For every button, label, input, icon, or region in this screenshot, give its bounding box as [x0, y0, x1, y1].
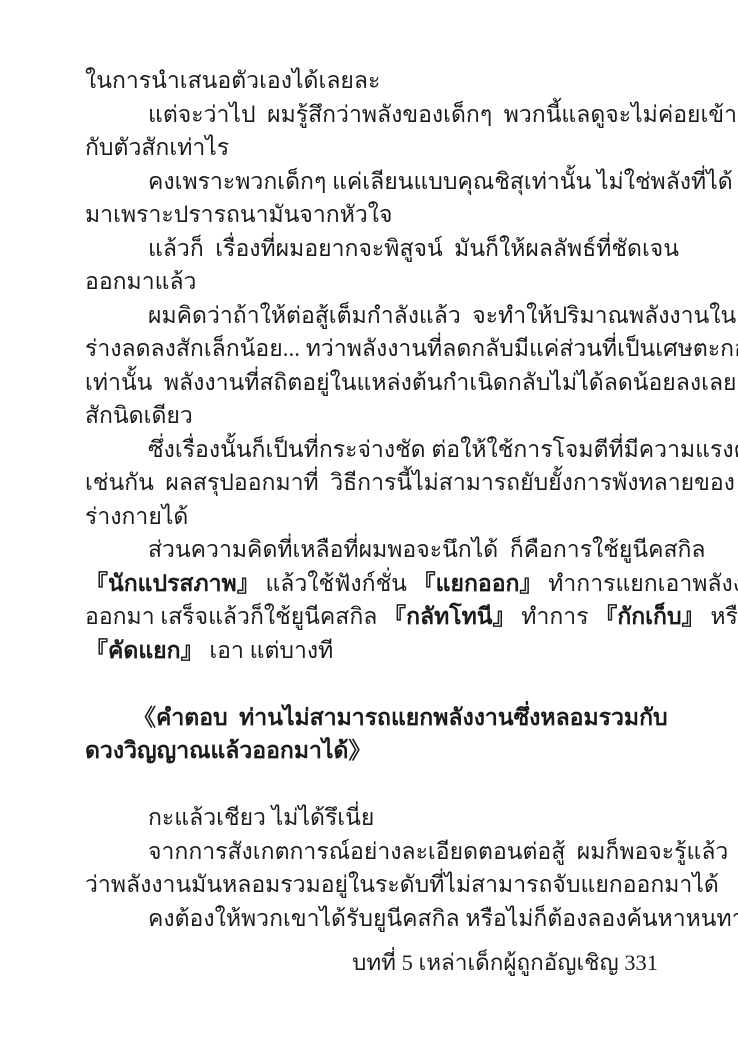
page-number: 331 — [624, 950, 658, 975]
paragraph: คงต้องให้พวกเขาได้รับยูนีคสกิล หรือไม่ก็… — [85, 902, 659, 936]
text-segment: เอา แต่บางที — [204, 638, 334, 663]
paragraph: กะแล้วเชียว ไม่ได้รึเนี่ย — [85, 801, 659, 835]
text-line: เช่นกัน ผลสรุปออกมาที่ วิธีการนี้ไม่สามา… — [85, 466, 659, 500]
page-body: ในการนำเสนอตัวเองได้เลยละแต่จะว่าไป ผมรู… — [85, 64, 659, 935]
text-segment: ดวงวิญญาณแล้วออกมาได้》 — [85, 738, 371, 763]
text-line: ผมคิดว่าถ้าให้ต่อสู้เต็มกำลังแล้ว จะทำให… — [85, 299, 659, 333]
text-line: ร่างกายได้ — [85, 500, 659, 534]
text-segment: แต่จะว่าไป ผมรู้สึกว่าพลังของเด็กๆ พวกนี… — [148, 102, 737, 127]
text-line: สักนิดเดียว — [85, 399, 659, 433]
text-line: คงเพราะพวกเด็กๆ แค่เลียนแบบคุณชิสุเท่านั… — [85, 165, 659, 199]
text-segment: ออกมา เสร็จแล้วก็ใช้ยูนีคสกิล — [85, 604, 383, 629]
text-segment: ว่าพลังงานมันหลอมรวมอยู่ในระดับที่ไม่สาม… — [85, 872, 719, 897]
text-segment: เช่นกัน ผลสรุปออกมาที่ วิธีการนี้ไม่สามา… — [85, 470, 735, 495]
text-line: ว่าพลังงานมันหลอมรวมอยู่ในระดับที่ไม่สาม… — [85, 868, 659, 902]
text-line: จากการสังเกตการณ์อย่างละเอียดตอนต่อสู้ ผ… — [85, 835, 659, 869]
text-segment: ผมคิดว่าถ้าให้ต่อสู้เต็มกำลังแล้ว จะทำให… — [148, 303, 736, 328]
text-segment: ส่วนความคิดที่เหลือที่ผมพอจะนึกได้ ก็คือ… — [148, 537, 706, 562]
paragraph: ส่วนความคิดที่เหลือที่ผมพอจะนึกได้ ก็คือ… — [85, 533, 659, 667]
paragraph: แล้วก็ เรื่องที่ผมอยากจะพิสูจน์ มันก็ให้… — [85, 232, 659, 299]
text-segment: คงเพราะพวกเด็กๆ แค่เลียนแบบคุณชิสุเท่านั… — [148, 169, 733, 194]
text-line: กะแล้วเชียว ไม่ได้รึเนี่ย — [85, 801, 659, 835]
text-line: 《คำตอบ ท่านไม่สามารถแยกพลังงานซึ่งหลอมรว… — [85, 701, 659, 735]
paragraph: แต่จะว่าไป ผมรู้สึกว่าพลังของเด็กๆ พวกนี… — [85, 98, 659, 165]
skill-name-bold: 『กักเก็บ』 — [594, 604, 704, 629]
text-segment: สักนิดเดียว — [85, 403, 193, 428]
text-line: แต่จะว่าไป ผมรู้สึกว่าพลังของเด็กๆ พวกนี… — [85, 98, 659, 132]
text-line: กับตัวสักเท่าไร — [85, 131, 659, 165]
paragraph: จากการสังเกตการณ์อย่างละเอียดตอนต่อสู้ ผ… — [85, 835, 659, 902]
text-segment: ทำการแยกเอาพลังงาน — [542, 571, 738, 596]
text-segment: หรือไม่ก็ — [705, 604, 738, 629]
page-footer: บทที่ 5 เหล่าเด็กผู้ถูกอัญเชิญ 331 — [352, 946, 658, 980]
text-line: ออกมา เสร็จแล้วก็ใช้ยูนีคสกิล 『กลัทโทนี』… — [85, 600, 659, 634]
text-segment: ร่างลดลงสักเล็กน้อย... ทว่าพลังงานที่ลดก… — [85, 336, 738, 361]
text-line: มาเพราะปรารถนามันจากหัวใจ — [85, 198, 659, 232]
text-segment: ออกมาแล้ว — [85, 269, 196, 294]
text-segment: กับตัวสักเท่าไร — [85, 135, 229, 160]
text-segment: ร่างกายได้ — [85, 504, 188, 529]
text-segment: ซึ่งเรื่องนั้นก็เป็นที่กระจ่างชัด ต่อให้… — [148, 437, 738, 462]
text-segment: ทำการ — [516, 604, 595, 629]
text-line: 『คัดแยก』 เอา แต่บางที — [85, 634, 659, 668]
text-line: แล้วก็ เรื่องที่ผมอยากจะพิสูจน์ มันก็ให้… — [85, 232, 659, 266]
text-line: ดวงวิญญาณแล้วออกมาได้》 — [85, 734, 659, 768]
skill-name-bold: 『กลัทโทนี』 — [383, 604, 515, 629]
text-line: ในการนำเสนอตัวเองได้เลยละ — [85, 64, 659, 98]
paragraph: คงเพราะพวกเด็กๆ แค่เลียนแบบคุณชิสุเท่านั… — [85, 165, 659, 232]
skill-name-bold: 『นักแปรสภาพ』 — [85, 571, 260, 596]
system-answer-quote: 《คำตอบ ท่านไม่สามารถแยกพลังงานซึ่งหลอมรว… — [85, 701, 659, 768]
skill-name-bold: 『แยกออก』 — [413, 571, 543, 596]
paragraph: ในการนำเสนอตัวเองได้เลยละ — [85, 64, 659, 98]
text-segment: ในการนำเสนอตัวเองได้เลยละ — [85, 68, 380, 93]
book-page: ในการนำเสนอตัวเองได้เลยละแต่จะว่าไป ผมรู… — [0, 0, 738, 1051]
paragraph: ผมคิดว่าถ้าให้ต่อสู้เต็มกำลังแล้ว จะทำให… — [85, 299, 659, 433]
text-line: ออกมาแล้ว — [85, 265, 659, 299]
text-line: คงต้องให้พวกเขาได้รับยูนีคสกิล หรือไม่ก็… — [85, 902, 659, 936]
paragraph: ซึ่งเรื่องนั้นก็เป็นที่กระจ่างชัด ต่อให้… — [85, 433, 659, 534]
text-segment: แล้วใช้ฟังก์ชั่น — [260, 571, 413, 596]
text-segment: 《คำตอบ ท่านไม่สามารถแยกพลังงานซึ่งหลอมรว… — [133, 705, 668, 730]
text-segment: คงต้องให้พวกเขาได้รับยูนีคสกิล หรือไม่ก็… — [148, 906, 738, 931]
text-segment: มาเพราะปรารถนามันจากหัวใจ — [85, 202, 393, 227]
chapter-label: บทที่ 5 เหล่าเด็กผู้ถูกอัญเชิญ — [352, 950, 619, 975]
text-line: ส่วนความคิดที่เหลือที่ผมพอจะนึกได้ ก็คือ… — [85, 533, 659, 567]
text-line: เท่านั้น พลังงานที่สถิตอยู่ในแหล่งต้นกำเ… — [85, 366, 659, 400]
text-segment: เท่านั้น พลังงานที่สถิตอยู่ในแหล่งต้นกำเ… — [85, 370, 737, 395]
text-segment: จากการสังเกตการณ์อย่างละเอียดตอนต่อสู้ ผ… — [148, 839, 728, 864]
skill-name-bold: 『คัดแยก』 — [85, 638, 204, 663]
text-line: 『นักแปรสภาพ』 แล้วใช้ฟังก์ชั่น 『แยกออก』 ท… — [85, 567, 659, 601]
text-line: ร่างลดลงสักเล็กน้อย... ทว่าพลังงานที่ลดก… — [85, 332, 659, 366]
text-segment: แล้วก็ เรื่องที่ผมอยากจะพิสูจน์ มันก็ให้… — [148, 236, 679, 261]
text-segment: กะแล้วเชียว ไม่ได้รึเนี่ย — [148, 805, 374, 830]
text-line: ซึ่งเรื่องนั้นก็เป็นที่กระจ่างชัด ต่อให้… — [85, 433, 659, 467]
